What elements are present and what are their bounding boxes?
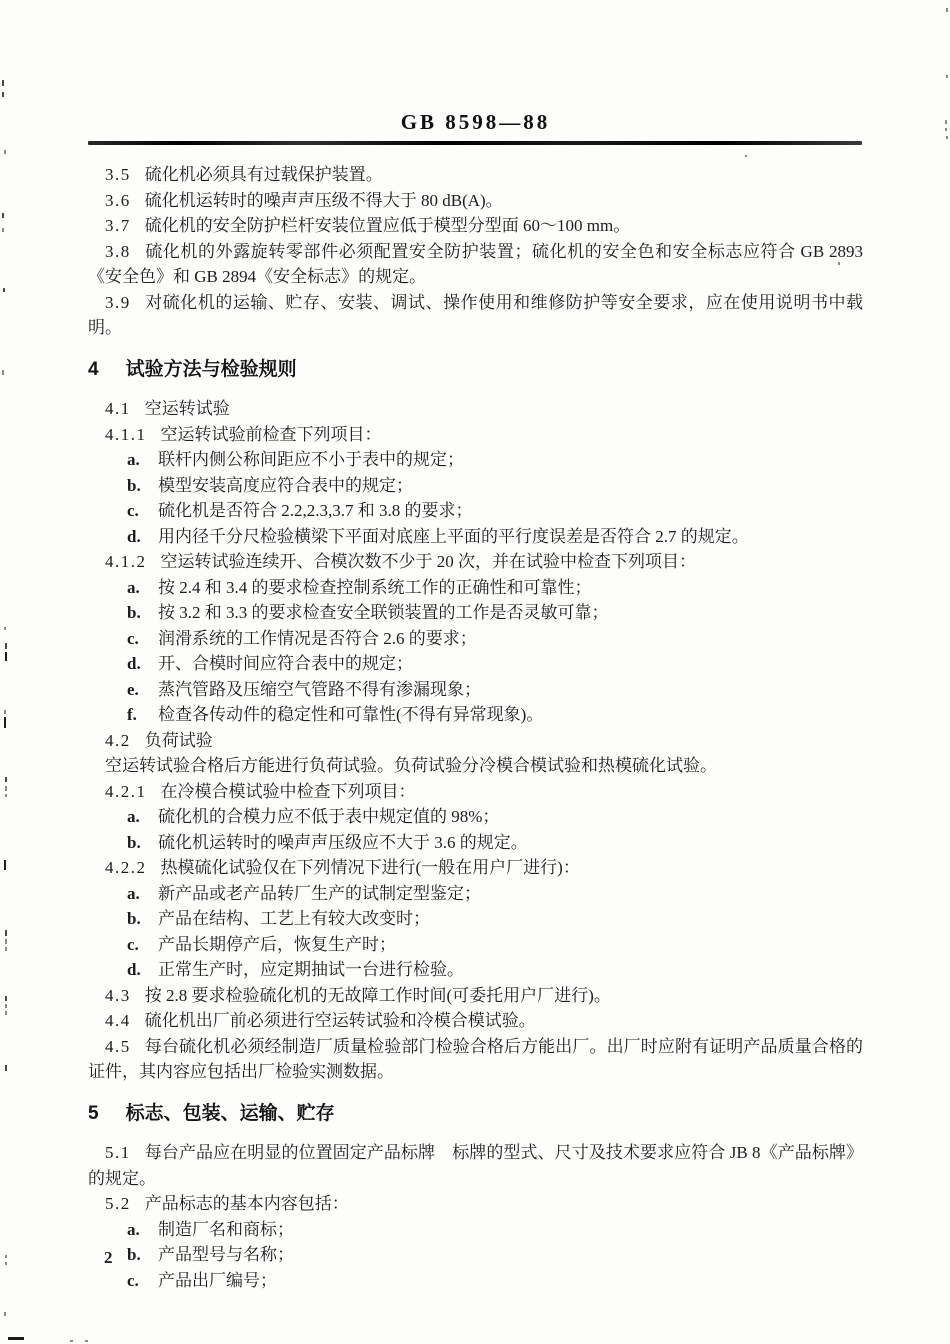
scan-artifact (2, 370, 4, 375)
line-text: 试验方法与检验规则 (126, 359, 297, 380)
list-item: a.新产品或老产品转厂生产的试制定型鉴定； (88, 881, 863, 907)
scan-artifact (5, 1065, 7, 1071)
line-label: 3.9 (105, 293, 131, 312)
section-paragraph: 3.5硫化机必须具有过载保护装置。 (88, 162, 863, 188)
line-label: 3.5 (105, 165, 131, 184)
line-label: e. (127, 677, 158, 703)
scan-artifact (2, 80, 4, 86)
line-text: 产品标志的基本内容包括： (145, 1194, 349, 1213)
line-text: 润滑系统的工作情况是否符合 2.6 的要求； (158, 629, 477, 648)
line-text: 制造厂名和商标； (158, 1220, 294, 1239)
list-item: b.硫化机运转时的噪声声压级应不大于 3.6 的规定。 (88, 830, 863, 856)
line-text: 标志、包装、运输、贮存 (126, 1103, 335, 1124)
line-text: 开、合模时间应符合表中的规定； (158, 654, 413, 673)
line-label: 5.1 (105, 1143, 131, 1162)
line-label: 5 (88, 1103, 99, 1124)
list-item: f.检查各传动件的稳定性和可靠性(不得有异常现象)。 (88, 702, 863, 728)
scan-artifact (946, 136, 948, 139)
line-label: 4.3 (105, 986, 131, 1005)
scan-artifact (2, 213, 4, 218)
section-paragraph: 4.1空运转试验 (88, 396, 863, 422)
line-text: 空运转试验合格后方能进行负荷试验。负荷试验分冷模合模试验和热模硫化试验。 (105, 756, 717, 775)
list-item: b.按 3.2 和 3.3 的要求检查安全联锁装置的工作是否灵敏可靠； (88, 600, 863, 626)
line-label: a. (127, 447, 158, 473)
line-label: d. (127, 524, 158, 550)
line-text: 模型安装高度应符合表中的规定； (158, 476, 413, 495)
line-label: d. (127, 957, 158, 983)
line-text: 联杆内侧公称间距应不小于表中的规定； (158, 450, 464, 469)
scan-artifact (8, 1337, 24, 1340)
section-heading: 4试验方法与检验规则 (88, 357, 863, 383)
scan-artifact (2, 92, 4, 97)
scan-artifact (3, 288, 5, 292)
scan-artifact (5, 947, 7, 951)
line-label: a. (127, 1217, 158, 1243)
header-rule (88, 141, 862, 145)
section-paragraph: 4.2.1在冷模合模试验中检查下列项目： (88, 779, 863, 805)
line-text: 硫化机运转时的噪声声压级不得大于 80 dB(A)。 (145, 191, 503, 210)
scan-artifact (5, 652, 7, 661)
list-item: c.产品出厂编号； (88, 1268, 863, 1294)
section-paragraph: 4.1.1空运转试验前检查下列项目： (88, 422, 863, 448)
section-paragraph: 4.2负荷试验 (88, 728, 863, 754)
line-text: 正常生产时，应定期抽试一台进行检验。 (158, 960, 464, 979)
section-heading: 5标志、包装、运输、贮存 (88, 1101, 863, 1127)
line-label: f. (127, 702, 158, 728)
scan-artifact (70, 1340, 73, 1342)
list-item: a.联杆内侧公称间距应不小于表中的规定； (88, 447, 863, 473)
document-page: GB 8598—88 3.5硫化机必须具有过载保护装置。3.6硫化机运转时的噪声… (0, 0, 950, 1344)
list-item: a.按 2.4 和 3.4 的要求检查控制系统工作的正确性和可靠性； (88, 575, 863, 601)
line-text: 硫化机是否符合 2.2,2.3,3.7 和 3.8 的要求； (158, 501, 473, 520)
list-item: d.正常生产时，应定期抽试一台进行检验。 (88, 957, 863, 983)
list-item: c.硫化机是否符合 2.2,2.3,3.7 和 3.8 的要求； (88, 498, 863, 524)
section-paragraph: 4.3按 2.8 要求检验硫化机的无故障工作时间(可委托用户厂进行)。 (88, 983, 863, 1009)
scan-artifact (4, 710, 6, 714)
line-text: 硫化机运转时的噪声声压级应不大于 3.6 的规定。 (158, 833, 528, 852)
section-paragraph: 3.6硫化机运转时的噪声声压级不得大于 80 dB(A)。 (88, 188, 863, 214)
line-label: b. (127, 600, 158, 626)
list-item: d.用内径千分尺检验横梁下平面对底座上平面的平行度误差是否符合 2.7 的规定。 (88, 524, 863, 550)
scan-artifact (85, 1340, 88, 1342)
line-label: 4.4 (105, 1011, 131, 1030)
line-label: c. (127, 626, 158, 652)
scan-artifact (5, 1004, 7, 1008)
list-item: b.产品型号与名称； (88, 1242, 863, 1268)
list-item: e.蒸汽管路及压缩空气管路不得有渗漏现象； (88, 677, 863, 703)
line-label: 4.2.2 (105, 858, 147, 877)
line-label: c. (127, 498, 158, 524)
scan-artifact (945, 128, 947, 131)
line-label: 4.2.1 (105, 782, 147, 801)
list-item: d.开、合模时间应符合表中的规定； (88, 651, 863, 677)
scan-artifact (5, 1011, 7, 1015)
line-text: 新产品或老产品转厂生产的试制定型鉴定； (158, 884, 481, 903)
line-text: 在冷模合模试验中检查下列项目： (161, 782, 416, 801)
scan-artifact (745, 155, 747, 157)
line-text: 硫化机出厂前必须进行空运转试验和冷模合模试验。 (145, 1011, 536, 1030)
line-label: 3.8 (105, 242, 131, 261)
section-paragraph: 3.8硫化机的外露旋转零部件必须配置安全防护装置；硫化机的安全色和安全标志应符合… (88, 239, 863, 290)
line-label: 3.6 (105, 191, 131, 210)
line-text: 空运转试验 (145, 399, 230, 418)
line-text: 对硫化机的运输、贮存、安装、调试、操作使用和维修防护等安全要求，应在使用说明书中… (88, 293, 863, 338)
line-label: a. (127, 804, 158, 830)
standard-code-header: GB 8598—88 (88, 110, 863, 135)
page-number: 2 (104, 1248, 113, 1268)
line-text: 产品出厂编号； (158, 1271, 277, 1290)
document-body: 3.5硫化机必须具有过载保护装置。3.6硫化机运转时的噪声声压级不得大于 80 … (88, 162, 863, 1293)
line-label: b. (127, 473, 158, 499)
section-paragraph: 4.1.2空运转试验连续开、合模次数不少于 20 次，并在试验中检查下列项目： (88, 549, 863, 575)
line-text: 负荷试验 (145, 731, 213, 750)
scan-artifact (838, 262, 840, 265)
line-text: 硫化机的外露旋转零部件必须配置安全防护装置；硫化机的安全色和安全标志应符合 GB… (88, 242, 863, 287)
scan-artifact (946, 8, 948, 12)
scan-artifact (5, 777, 7, 782)
section-paragraph: 3.9对硫化机的运输、贮存、安装、调试、操作使用和维修防护等安全要求，应在使用说… (88, 290, 863, 341)
line-text: 硫化机的安全防护栏杆安装位置应低于模型分型面 60～100 mm。 (145, 216, 630, 235)
line-label: 4.2 (105, 731, 131, 750)
list-item: b.产品在结构、工艺上有较大改变时； (88, 906, 863, 932)
section-paragraph: 4.4硫化机出厂前必须进行空运转试验和冷模合模试验。 (88, 1008, 863, 1034)
scan-artifact (4, 1312, 6, 1316)
line-label: 4.1.1 (105, 425, 147, 444)
section-paragraph: 3.7硫化机的安全防护栏杆安装位置应低于模型分型面 60～100 mm。 (88, 213, 863, 239)
scan-artifact (4, 860, 6, 870)
list-item: b.模型安装高度应符合表中的规定； (88, 473, 863, 499)
list-item: a.制造厂名和商标； (88, 1217, 863, 1243)
scan-artifact (5, 794, 7, 797)
scan-artifact (4, 627, 6, 630)
line-text: 蒸汽管路及压缩空气管路不得有渗漏现象； (158, 680, 481, 699)
line-text: 每台硫化机必须经制造厂质量检验部门检验合格后方能出厂。出厂时应附有证明产品质量合… (88, 1037, 863, 1082)
line-label: 4.1 (105, 399, 131, 418)
line-label: a. (127, 881, 158, 907)
line-text: 每台产品应在明显的位置固定产品标牌 标牌的型式、尺寸及技术要求应符合 JB 8《… (88, 1143, 863, 1188)
line-label: c. (127, 1268, 158, 1294)
line-label: b. (127, 830, 158, 856)
line-text: 检查各传动件的稳定性和可靠性(不得有异常现象)。 (158, 705, 543, 724)
scan-artifact (5, 1255, 7, 1258)
section-paragraph: 4.5每台硫化机必须经制造厂质量检验部门检验合格后方能出厂。出厂时应附有证明产品… (88, 1034, 863, 1085)
list-item: c.产品长期停产后，恢复生产时； (88, 932, 863, 958)
line-label: 4.5 (105, 1037, 131, 1056)
line-text: 用内径千分尺检验横梁下平面对底座上平面的平行度误差是否符合 2.7 的规定。 (158, 527, 749, 546)
scan-artifact (5, 996, 7, 1001)
line-text: 空运转试验连续开、合模次数不少于 20 次，并在试验中检查下列项目： (161, 552, 697, 571)
section-paragraph: 5.2产品标志的基本内容包括： (88, 1191, 863, 1217)
line-label: d. (127, 651, 158, 677)
line-text: 热模硫化试验仅在下列情况下进行(一般在用户厂进行)： (161, 858, 580, 877)
line-text: 产品长期停产后，恢复生产时； (158, 935, 396, 954)
scan-artifact (5, 786, 7, 791)
scan-artifact (4, 717, 6, 728)
line-text: 产品在结构、工艺上有较大改变时； (158, 909, 430, 928)
line-label: a. (127, 575, 158, 601)
line-text: 按 2.4 和 3.4 的要求检查控制系统工作的正确性和可靠性； (158, 578, 592, 597)
section-paragraph: 5.1每台产品应在明显的位置固定产品标牌 标牌的型式、尺寸及技术要求应符合 JB… (88, 1140, 863, 1191)
line-label: c. (127, 932, 158, 958)
line-text: 按 3.2 和 3.3 的要求检查安全联锁装置的工作是否灵敏可靠； (158, 603, 609, 622)
list-item: c.润滑系统的工作情况是否符合 2.6 的要求； (88, 626, 863, 652)
section-paragraph: 4.2.2热模硫化试验仅在下列情况下进行(一般在用户厂进行)： (88, 855, 863, 881)
line-text: 硫化机的合模力应不低于表中规定值的 98%； (158, 807, 499, 826)
line-label: 5.2 (105, 1194, 131, 1213)
scan-artifact (5, 643, 7, 649)
line-text: 空运转试验前检查下列项目： (161, 425, 382, 444)
scan-artifact (5, 1262, 7, 1265)
line-label: 4.1.2 (105, 552, 147, 571)
line-label: b. (127, 906, 158, 932)
scan-artifact (2, 228, 4, 232)
line-text: 硫化机必须具有过载保护装置。 (145, 165, 383, 184)
paragraph: 空运转试验合格后方能进行负荷试验。负荷试验分冷模合模试验和热模硫化试验。 (88, 753, 863, 779)
scan-artifact (945, 120, 947, 124)
line-text: 产品型号与名称； (158, 1245, 294, 1264)
scan-artifact (946, 75, 948, 78)
scan-artifact (5, 939, 7, 944)
line-text: 按 2.8 要求检验硫化机的无故障工作时间(可委托用户厂进行)。 (145, 986, 611, 1005)
line-label: 4 (88, 359, 99, 380)
scan-artifact (5, 930, 7, 936)
list-item: a.硫化机的合模力应不低于表中规定值的 98%； (88, 804, 863, 830)
line-label: b. (127, 1242, 158, 1268)
scan-artifact (4, 150, 6, 154)
line-label: 3.7 (105, 216, 131, 235)
